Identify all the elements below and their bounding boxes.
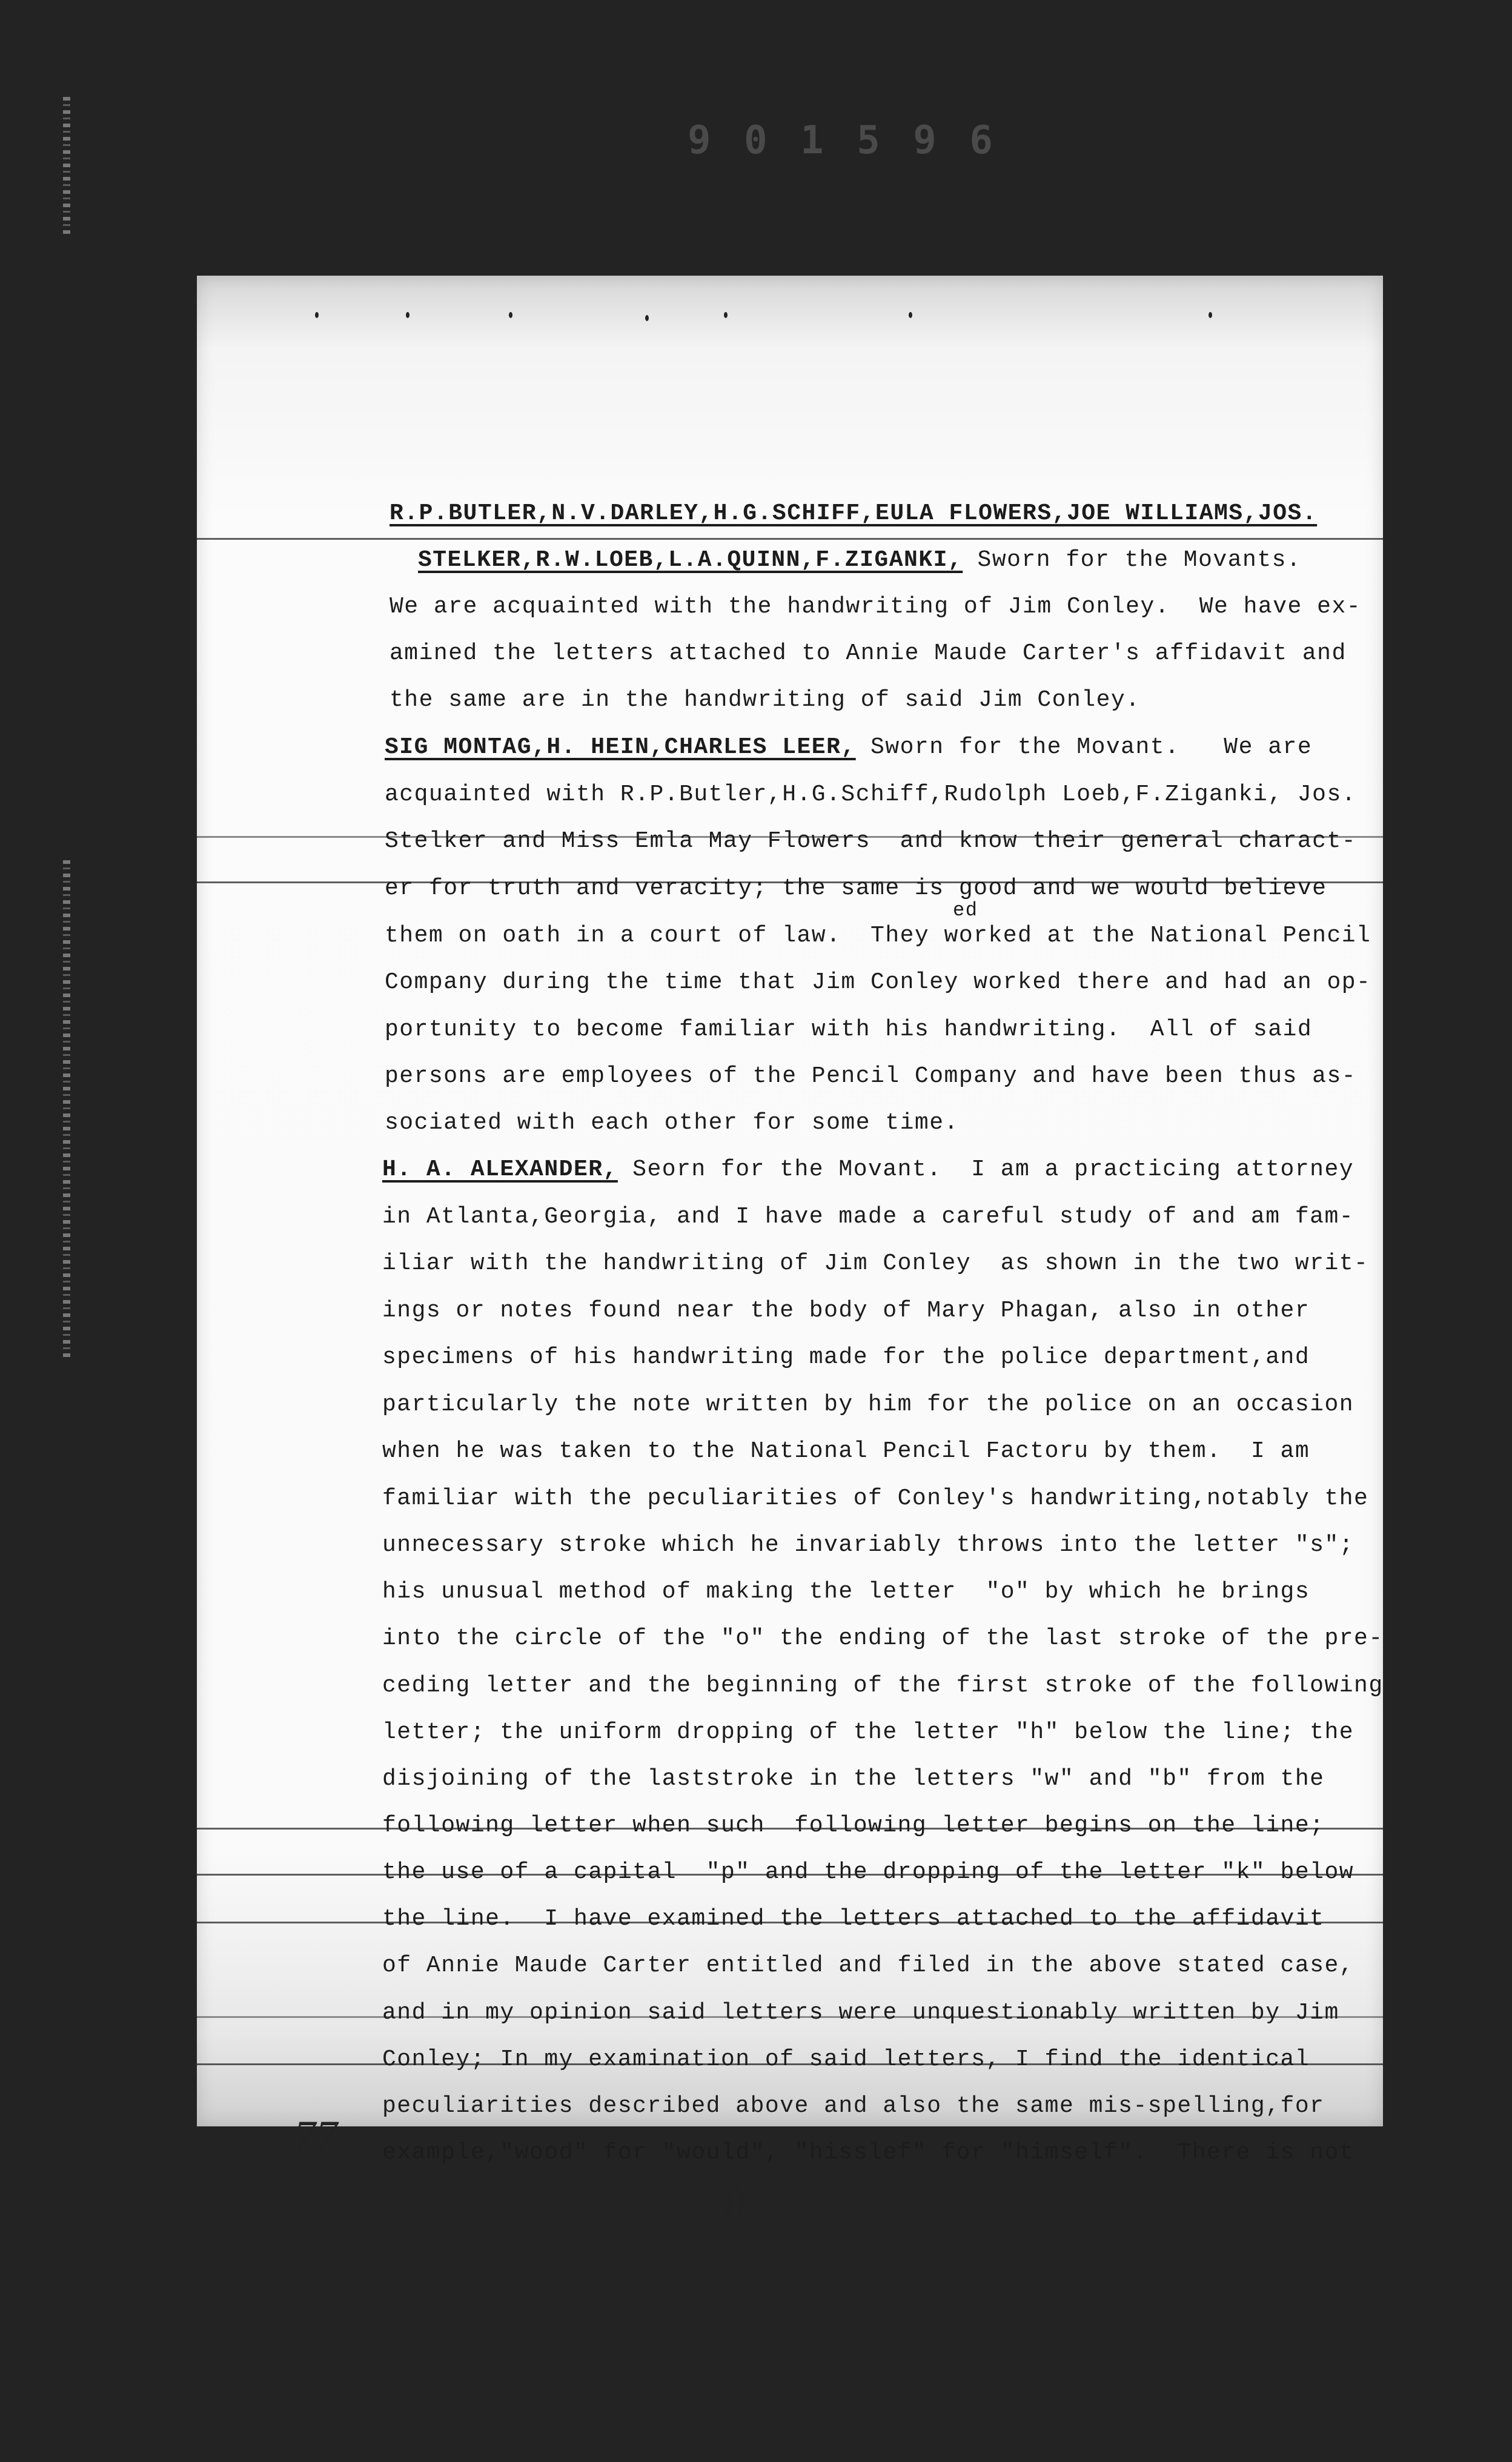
scan-speck: [724, 312, 728, 318]
witness-names-heading: H. A. ALEXANDER,: [382, 1156, 618, 1183]
document-page: R.P.BUTLER,N.V.DARLEY,H.G.SCHIFF,EULA FL…: [197, 276, 1383, 2126]
text-line: ings or notes found near the body of Mar…: [382, 1299, 1310, 1322]
scan-speck: [406, 312, 409, 318]
text-line: familiar with the peculiarities of Conle…: [382, 1487, 1368, 1510]
text-line: iliar with the handwriting of Jim Conley…: [382, 1252, 1368, 1275]
scan-speck: [909, 312, 912, 318]
text-line: sociated with each other for some time.: [385, 1112, 959, 1135]
film-edge-marks-middle: [63, 860, 70, 1357]
scan-speck: [645, 315, 649, 321]
witness-names-heading: STELKER,R.W.LOEB,L.A.QUINN,F.ZIGANKI,: [418, 547, 963, 573]
handwritten-mark: )): [721, 2178, 745, 2220]
text-line: STELKER,R.W.LOEB,L.A.QUINN,F.ZIGANKI, Sw…: [418, 549, 1301, 572]
text-line: Company during the time that Jim Conley …: [385, 971, 1371, 994]
text-line: them on oath in a court of law. They wor…: [385, 924, 1371, 947]
text-line: ceding letter and the beginning of the f…: [382, 1674, 1384, 1697]
text-line: disjoining of the laststroke in the lett…: [382, 1768, 1324, 1791]
text-line: R.P.BUTLER,N.V.DARLEY,H.G.SCHIFF,EULA FL…: [390, 502, 1317, 525]
text-line: the line. I have examined the letters at…: [382, 1908, 1324, 1931]
text-line: following letter when such following let…: [382, 1814, 1324, 1837]
text-line: when he was taken to the National Pencil…: [382, 1440, 1310, 1463]
text-line: H. A. ALEXANDER, Seorn for the Movant. I…: [382, 1158, 1354, 1181]
text-line: persons are employees of the Pencil Comp…: [385, 1065, 1356, 1088]
frame-stamp: 9 0 1 5 9 6: [688, 118, 998, 163]
text-line: Conley; In my examination of said letter…: [382, 2048, 1310, 2071]
text-line: acquainted with R.P.Butler,H.G.Schiff,Ru…: [385, 783, 1356, 806]
text-line: the use of a capital "p" and the droppin…: [382, 1861, 1354, 1884]
text-line: in Atlanta,Georgia, and I have made a ca…: [382, 1206, 1354, 1229]
text-line: Stelker and Miss Emla May Flowers and kn…: [385, 830, 1356, 853]
ruled-line: [197, 538, 1383, 540]
text-line: specimens of his handwriting made for th…: [382, 1346, 1310, 1369]
text-line: peculiarities described above and also t…: [382, 2095, 1324, 2118]
text-line: into the circle of the "o" the ending of…: [382, 1627, 1384, 1650]
margin-page-number: 77: [294, 2111, 337, 2162]
scan-speck: [315, 312, 319, 318]
scan-speck: [1209, 312, 1212, 318]
text-line: and in my opinion said letters were unqu…: [382, 2002, 1339, 2025]
witness-names-heading: R.P.BUTLER,N.V.DARLEY,H.G.SCHIFF,EULA FL…: [390, 500, 1317, 526]
text-line: the same are in the handwriting of said …: [390, 689, 1141, 712]
text-line: his unusual method of making the letter …: [382, 1581, 1310, 1604]
text-line: unnecessary stroke which he invariably t…: [382, 1534, 1354, 1557]
text-line: of Annie Maude Carter entitled and filed…: [382, 1954, 1354, 1977]
text-line: particularly the note written by him for…: [382, 1393, 1354, 1416]
text-line: We are acquainted with the handwriting o…: [390, 596, 1361, 619]
text-line: amined the letters attached to Annie Mau…: [390, 642, 1347, 665]
scan-speck: [509, 312, 512, 318]
text-line: portunity to become familiar with his ha…: [385, 1018, 1312, 1041]
text-line: letter; the uniform dropping of the lett…: [382, 1721, 1354, 1744]
text-line: SIG MONTAG,H. HEIN,CHARLES LEER, Sworn f…: [385, 736, 1312, 759]
text-line: example,"wood" for "would", "hisslef" fo…: [382, 2142, 1354, 2165]
microfilm-frame: 9 0 1 5 9 6 R.P.BUTLER,N.V.DARLEY,H.G.SC…: [0, 0, 1512, 2462]
film-edge-marks-top: [63, 97, 70, 236]
text-line: er for truth and veracity; the same is g…: [385, 877, 1327, 900]
witness-names-heading: SIG MONTAG,H. HEIN,CHARLES LEER,: [385, 734, 856, 760]
interlinear-insert: ed: [953, 901, 978, 920]
